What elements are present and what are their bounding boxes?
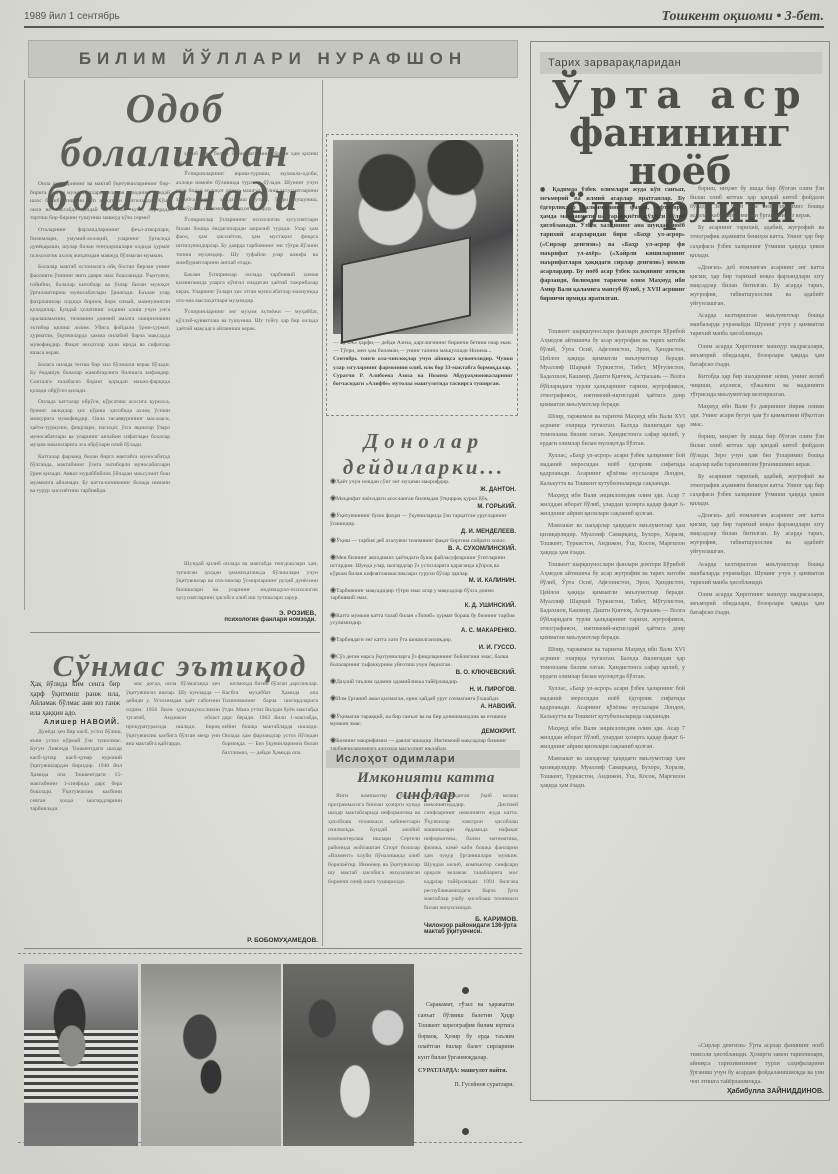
paragraph: бориш, ниҳоят бу ишда бир бўлган олим ўз… bbox=[690, 185, 824, 221]
quote-text: Маърифат зиёсидаги асосланган билимдан ў… bbox=[330, 495, 516, 504]
quote-author: И. И. ГУССО. bbox=[330, 645, 516, 653]
quote-item: Илм ўрганиб амал қилмаган, ерни ҳайдаб у… bbox=[330, 695, 516, 711]
author-name: Э. РОЗИЕВ, bbox=[279, 610, 316, 617]
urta-column-2-end: «Сирлар денгизи» Ўрта асрлар фанининг но… bbox=[690, 1042, 824, 1090]
issue-date: 1989 йил 1 сентябрь bbox=[24, 11, 120, 22]
article-lead: ◉ Қадимда ўзбек олимлари жуда кўп санъат… bbox=[540, 185, 685, 303]
section-banner: БИЛИМ ЙЎЛЛАРИ НУРАФШОН bbox=[28, 40, 518, 78]
paragraph: Хуллас, «Баҳр ул-асрор» асари ўзбек ҳалқ… bbox=[540, 452, 685, 488]
paragraph: тайёрланадиган ўқиб келиш имкониятидадир… bbox=[424, 792, 518, 910]
photo-kids-with-book bbox=[333, 140, 513, 334]
divider bbox=[30, 632, 320, 633]
quote-author: Д. И. МЕНДЕЛЕЕВ. bbox=[330, 529, 516, 537]
caption-text: Саракамат, гўзал ва ҳаракатли санъат бўл… bbox=[418, 1000, 514, 1063]
paragraph: Оталарнинг фарзандларининг феъл-атворлар… bbox=[30, 226, 170, 260]
quote-item: Тарбиянинг мақсадидир тўғри эмас агар у … bbox=[330, 587, 516, 611]
quote-text: Илм ўрганиб амал қилмаган, ерни ҳайдаб у… bbox=[330, 695, 516, 704]
quote-item: Катта мумкин катта талаб билан «Топиб» ҳ… bbox=[330, 612, 516, 636]
paragraph: Маҳмуд ибн Вали ўз даврининг йирик олими… bbox=[690, 403, 824, 430]
paragraph: Мамлакат ва шаҳарлар ҳақидаги маълумотла… bbox=[540, 522, 685, 558]
section-band-islohot: Ислоҳот одимлари bbox=[326, 750, 520, 768]
quote-text: Ҳаёт учун нондан сўнг энг муҳими маорифд… bbox=[330, 478, 516, 487]
epigraph-text: Ҳақ йўлида ким сенга бир ҳарф ўқитмиш ра… bbox=[30, 680, 120, 718]
paragraph: Болалар мактаб остонасига ойқ босган бир… bbox=[30, 263, 170, 358]
quote-item: Тарбиядаги энг катта хато ўта шошилганли… bbox=[330, 636, 516, 652]
headline-donolar: Донолар дейдиларки... bbox=[330, 428, 518, 480]
quote-item: Ўқимаган тараққий, на бир санъат ва на б… bbox=[330, 713, 516, 737]
column-divider bbox=[322, 80, 323, 946]
quote-text: Ўқимаган тараққий, на бир санъат ва на б… bbox=[330, 713, 516, 729]
paragraph: Хуллас, «Баҳр ул-асрор» асари ўзбек ҳалқ… bbox=[540, 685, 685, 721]
bullet-icon: ◉ bbox=[540, 186, 552, 193]
paragraph: Шоир, таржимон ва тарихчи Маҳмуд ибн Вал… bbox=[540, 413, 685, 449]
paragraph: бориш, ниҳоят бу ишда бир бўлган олим ўз… bbox=[690, 433, 824, 469]
author-title: Чилонзор районидаги 136-ўрта мактаб ўқит… bbox=[424, 923, 518, 935]
photo-frame-kids: — Бу «А» ҳарфи,— дейди Азиза, дарслигини… bbox=[326, 134, 518, 416]
author-name: Б. КАРИМОВ. bbox=[475, 916, 518, 923]
paragraph: Тошкент шарқшунослари фанлари доктори Бў… bbox=[540, 561, 685, 643]
paragraph: «Денгиз» деб номланган асарнинг энг катт… bbox=[690, 512, 824, 557]
quote-text: Даҳоий таълим одамни одамийликка тайёрла… bbox=[330, 678, 516, 687]
quote-author: В. О. КЛЮЧЕВСКИЙ. bbox=[330, 670, 516, 678]
odob-column-2-end: Шундай қилиб оилада ва мактабда тенгдошл… bbox=[176, 560, 318, 612]
photo-credit: П. Гусейнов суратлари. bbox=[418, 1080, 514, 1091]
quote-author: М. ГОРЬКИЙ. bbox=[330, 504, 516, 512]
paragraph: Маҳмуд ибн Вали энциклопедик олим эди. А… bbox=[540, 725, 685, 752]
paragraph: мас доғда, оила бўлмаганда ҳеч ўқитувчис… bbox=[126, 680, 220, 749]
paragraph: Бу асарнинг тарихий, адабий, жуғрофий ва… bbox=[690, 473, 824, 509]
paragraph: Катталар фарзанд билан бирга мактабга му… bbox=[30, 453, 170, 496]
masthead-rule bbox=[24, 26, 824, 28]
paragraph: Маҳмуд ибн Вали энциклопедик олим эди. А… bbox=[540, 492, 685, 519]
quote-author: Н. И. ПИРОГОВ. bbox=[330, 687, 516, 695]
paragraph: Ўспиринларнинг энг муҳим эҳтиёжи — муҳаб… bbox=[176, 308, 318, 334]
quote-item: Ҳаёт учун нондан сўнг энг муҳими маорифд… bbox=[330, 478, 516, 494]
paragraph: Олим асарда Ҳиротнинг машҳур мадрасалари… bbox=[690, 343, 824, 370]
paragraph: Дунёда ҳеч бир касб, устоз бўлиш, яъни у… bbox=[30, 728, 122, 814]
quote-text: Сўз деган нарса ўқитувчиларга ўз фикрлар… bbox=[330, 653, 516, 669]
quote-text: Катта мумкин катта талаб билан «Топиб» ҳ… bbox=[330, 612, 516, 628]
quote-author: Ж. ДАНТОН. bbox=[330, 487, 516, 495]
caption-label: СУРАТЛАРДА: машғулот пайти. bbox=[418, 1066, 514, 1077]
quote-item: Сўз деган нарса ўқитувчиларга ўз фикрлар… bbox=[330, 653, 516, 677]
quote-text: Тарбиядаги энг катта хато ўта шошилганли… bbox=[330, 636, 516, 645]
paragraph: Шоир, таржимон ва тарихчи Маҳмуд ибн Вал… bbox=[540, 646, 685, 682]
paragraph: Баъзан ўспиринлар оилада тарбиявий ҳимоя… bbox=[176, 271, 318, 305]
epigraph: Ҳақ йўлида ким сенга бир ҳарф ўқитмиш ра… bbox=[30, 680, 120, 728]
urta-column-2: бориш, ниҳоят бу ишда бир бўлган олим ўз… bbox=[690, 185, 824, 1055]
bullet-icon bbox=[462, 987, 469, 994]
quote-text: Тарбиянинг мақсадидир тўғри эмас агар у … bbox=[330, 587, 516, 603]
odob-column-2: ҳисоб ахир болам. Буни мағзумини билан ҳ… bbox=[176, 150, 318, 560]
headline-line-2: дейдиларки... bbox=[330, 454, 518, 480]
quote-item: Мен бизнинг авлодимиз ҳаётидаги буюк фай… bbox=[330, 554, 516, 585]
section-band-tarix: Тарих зарварақларидан bbox=[540, 52, 822, 74]
quote-text: Мен бизнинг авлодимиз ҳаётидаги буюк фай… bbox=[330, 554, 516, 578]
quote-text: Ўқиш — тарбия деб аталувчи тизимнинг фақ… bbox=[330, 537, 516, 546]
headline-sunmas: Сўнмас эътиқод bbox=[40, 648, 320, 684]
sunmas-column-2: мас доғда, оила бўлмаганда ҳеч ўқитувчис… bbox=[126, 680, 220, 932]
paragraph: «Сирлар денгизи» Ўрта асрлар фанининг но… bbox=[690, 1042, 824, 1087]
headline-line-2: фанининг ноёб bbox=[534, 114, 826, 190]
caption-line: Суратчи Р. Алибоева Азиза ва Нозима Абду… bbox=[333, 372, 513, 388]
paragraph: Янги компьютер таълими программасига бин… bbox=[328, 792, 420, 887]
paragraph: Шундай қилиб оилада ва мактабда тенгдошл… bbox=[176, 560, 318, 603]
caption-line: — Бу «А» ҳарфи,— дейди Азиза, дарслигини… bbox=[333, 339, 513, 347]
paragraph: Болага оилада тегиш бир хил бўлишли кера… bbox=[30, 361, 170, 395]
quote-author: ДЕМОКРИТ. bbox=[330, 729, 516, 737]
lead-text: Қадимда ўзбек олимлари жуда кўп санъат, … bbox=[540, 186, 685, 302]
bullet-icon bbox=[462, 1128, 469, 1135]
paragraph: Ўспиринлар ўзларининг психологик хусусия… bbox=[176, 216, 318, 268]
epigraph-author: Алишер НАВОИЙ. bbox=[30, 718, 120, 728]
islohot-byline: Б. КАРИМОВ. Чилонзор районидаги 136-ўрта… bbox=[424, 916, 518, 935]
paragraph: Асарда келтирилган маълумотлар бошқа ман… bbox=[690, 561, 824, 588]
paper-title-page-number: Тошкент оқшоми • 3-бет. bbox=[661, 9, 824, 25]
quote-author: В. А. СУХОМЛИНСКИЙ. bbox=[330, 546, 516, 554]
quotes-list: Ҳаёт учун нондан сўнг энг муҳими маорифд… bbox=[330, 478, 516, 762]
paragraph: Онла аъзоларининг ва мактаб ўқитувчилари… bbox=[30, 180, 170, 223]
headline-line-1: Ўрта аср bbox=[534, 76, 826, 114]
urta-byline: Ҳабибулла ЗАЙНИДДИНОВ. bbox=[690, 1088, 824, 1095]
paragraph: Тошкент шарқшунослари фанлари доктори Бў… bbox=[540, 328, 685, 410]
islohot-column-2: тайёрланадиган ўқиб келиш имкониятидадир… bbox=[424, 792, 518, 910]
odob-column-1: Онла аъзоларининг ва мактаб ўқитувчилари… bbox=[30, 180, 170, 600]
photo-caption: — Бу «А» ҳарфи,— дейди Азиза, дарслигини… bbox=[333, 339, 513, 388]
paragraph: Оилада катталар обрўси, кўрсатиш асосига… bbox=[30, 398, 170, 450]
headline-line-1: Донолар bbox=[330, 428, 518, 454]
paragraph: Ўспиринларнинг юриш-туриши, муомала-одоб… bbox=[176, 170, 318, 213]
quote-author: М. И. КАЛИНИН. bbox=[330, 578, 516, 586]
quote-item: Маърифат зиёсидаги асосланган билимдан ў… bbox=[330, 495, 516, 511]
odob-byline: Э. РОЗИЕВ, психология фанлари номзоди. bbox=[176, 610, 316, 623]
photo-strip-caption: Саракамат, гўзал ва ҳаракатли санъат бўл… bbox=[418, 1000, 514, 1090]
quote-author: А. С. МАКАРЕНКО. bbox=[330, 628, 516, 636]
paragraph: ҳисоб ахир болам. Буни мағзумини билан ҳ… bbox=[176, 150, 318, 167]
photo-ballet-dancer bbox=[141, 964, 281, 1146]
islohot-column-1: Янги компьютер таълими программасига бин… bbox=[328, 792, 420, 942]
photo-ballet-girl bbox=[24, 964, 138, 1146]
quote-author: А. НАВОИЙ. bbox=[330, 704, 516, 712]
paragraph: Асарда келтирилган маълумотлар бошқа ман… bbox=[690, 312, 824, 339]
quote-item: Даҳоий таълим одамни одамийликка тайёрла… bbox=[330, 678, 516, 694]
paragraph: Олим асарда Ҳиротнинг машҳур мадрасалари… bbox=[690, 591, 824, 618]
paragraph: «Денгиз» деб номланган асарнинг энг катт… bbox=[690, 264, 824, 309]
paragraph: Мамлакат ва шаҳарлар ҳақидаги маълумотла… bbox=[540, 755, 685, 791]
sunmas-byline: Р. БОБОМУҲАМЕДОВ. bbox=[222, 937, 318, 944]
urta-column-1: Тошкент шарқшунослари фанлари доктори Бў… bbox=[540, 328, 685, 1093]
book-shape bbox=[341, 236, 471, 344]
author-title: психология фанлари номзоди. bbox=[176, 617, 316, 623]
photo-ballet-class bbox=[283, 964, 414, 1146]
caption-line: — Тўғри, мен ҳам биламан,— унинг гапини … bbox=[333, 347, 513, 355]
paragraph: келмокда бизни бўлган дарсликлар. Касбга… bbox=[222, 680, 318, 757]
paragraph: Китобда ҳар бир шаҳарнинг номи, унинг ке… bbox=[690, 373, 824, 400]
paragraph: Бу асарнинг тарихий, адабий, жуғрофий ва… bbox=[690, 224, 824, 260]
quote-text: Ўқитувчининг буюк фахри — ўқувчиларида ў… bbox=[330, 512, 516, 528]
divider bbox=[24, 948, 522, 949]
quote-item: Ўқиш — тарбия деб аталувчи тизимнинг фақ… bbox=[330, 537, 516, 553]
quote-item: Ўқитувчининг буюк фахри — ўқувчиларида ў… bbox=[330, 512, 516, 536]
caption-line: Сентябрь тонги ола-чиплоқлар учун айниқс… bbox=[333, 355, 513, 371]
sunmas-column-1: Дунёда ҳеч бир касб, устоз бўлиш, яъни у… bbox=[30, 728, 122, 933]
quote-author: К. Д. УШИНСКИЙ. bbox=[330, 603, 516, 611]
sunmas-column-3: келмокда бизни бўлган дарсликлар. Касбга… bbox=[222, 680, 318, 932]
